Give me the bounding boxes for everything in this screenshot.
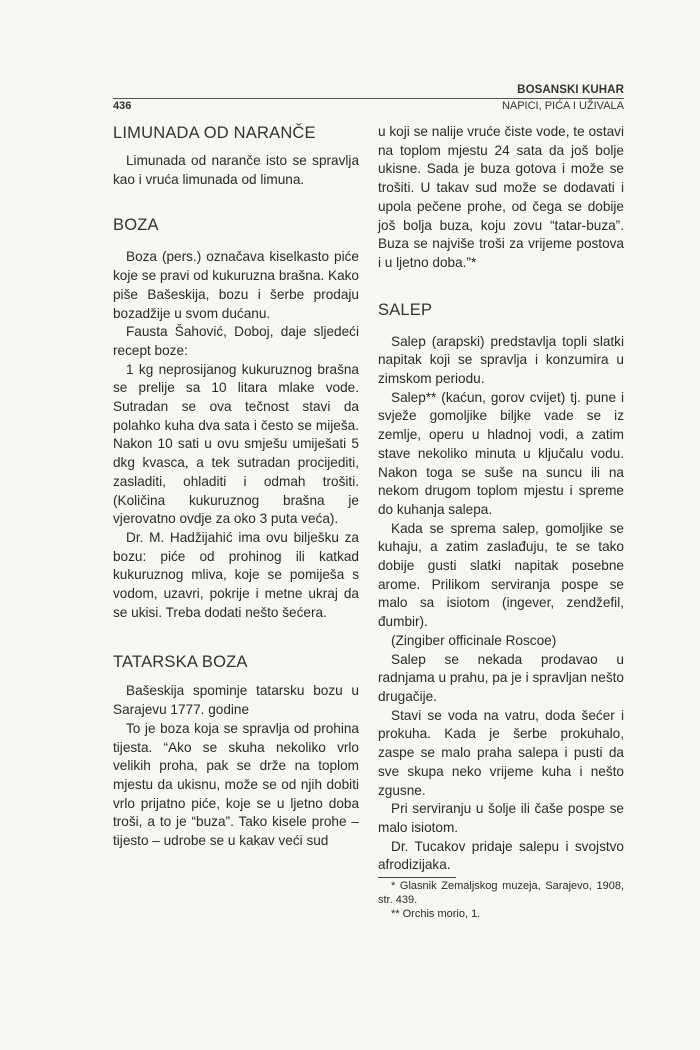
section-heading-limunada: LIMUNADA OD NARANČE <box>113 123 359 143</box>
section-heading-boza: BOZA <box>113 215 359 235</box>
section-heading-salep: SALEP <box>378 300 624 320</box>
paragraph: Pri serviranju u šolje ili čaše pospe se… <box>378 800 624 837</box>
paragraph: Dr. M. Hadžijahić ima ovu bilješku za bo… <box>113 529 359 623</box>
footnote: * Glasnik Zemaljskog muzeja, Sarajevo, 1… <box>378 879 624 907</box>
paragraph: Limunada od naranče isto se spravlja kao… <box>113 152 359 189</box>
paragraph: Boza (pers.) označava kiselkasto piće ko… <box>113 248 359 323</box>
paragraph: Bašeskija spominje tatarsku bozu u Saraj… <box>113 682 359 719</box>
paragraph: (Zingiber officinale Roscoe) <box>378 632 624 651</box>
paragraph-continuation: u koji se nalije vruće čiste vode, te os… <box>378 123 624 273</box>
footnote-rule <box>378 877 456 878</box>
paragraph: To je boza koja se spravlja od prohina t… <box>113 720 359 851</box>
right-column: u koji se nalije vruće čiste vode, te os… <box>378 123 624 921</box>
header-rule <box>113 98 624 99</box>
paragraph: Dr. Tucakov pridaje salepu i svojstvo af… <box>378 838 624 875</box>
paragraph: 1 kg neprosijanog kukuruznog brašna se p… <box>113 361 359 529</box>
paragraph: Fausta Šahović, Doboj, daje sljedeći rec… <box>113 323 359 360</box>
paragraph: Kada se sprema salep, gomoljike se kuhaj… <box>378 520 624 632</box>
running-header: BOSANSKI KUHAR 436 NAPICI, PIĆA I UŽIVAL… <box>113 84 624 113</box>
paragraph: Salep** (kaćun, gorov cvijet) tj. pune i… <box>378 389 624 520</box>
book-title: BOSANSKI KUHAR <box>113 84 624 97</box>
paragraph: Salep (arapski) predstavlja topli slatki… <box>378 333 624 389</box>
left-column: LIMUNADA OD NARANČE Limunada od naranče … <box>113 123 359 851</box>
section-heading-tatarska-boza: TATARSKA BOZA <box>113 652 359 672</box>
paragraph: Stavi se voda na vatru, doda šećer i pro… <box>378 707 624 801</box>
footnote: ** Orchis morio, 1. <box>378 907 624 921</box>
page-number: 436 <box>113 100 131 113</box>
paragraph: Salep se nekada prodavao u radnjama u pr… <box>378 651 624 707</box>
chapter-title: NAPICI, PIĆA I UŽIVALA <box>502 100 624 113</box>
